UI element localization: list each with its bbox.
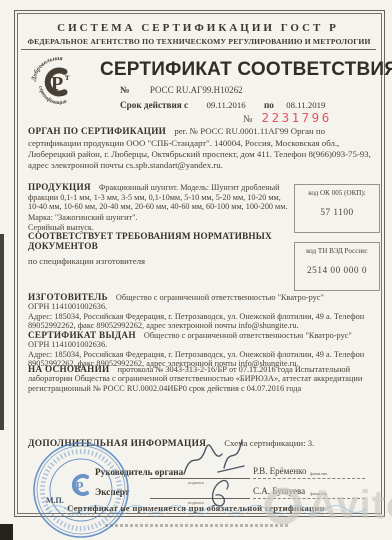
production-brand: Марка: "Зажогинский шунгит". — [28, 213, 292, 223]
header-divider — [21, 49, 376, 50]
section-conformance: СООТВЕТСТВУЕТ ТРЕБОВАНИЯМ НОРМАТИВНЫХ ДО… — [28, 231, 292, 266]
organ-label: ОРГАН ПО СЕРТИФИКАЦИИ — [28, 126, 166, 136]
okp-code-label: код ОК 005 (ОКП): — [295, 189, 379, 197]
svg-text:т: т — [65, 72, 70, 82]
certificate-title: СЕРТИФИКАТ СООТВЕТСТВИЯ — [100, 59, 392, 81]
issued-name: Общество с ограниченной ответственностью… — [144, 331, 352, 340]
section-production: ПРОДУКЦИЯ Фракционный шунгит. Модель: Шу… — [28, 182, 292, 233]
scan-artifact — [0, 524, 13, 540]
validity-label: Срок действия с — [120, 100, 188, 110]
avito-circle-icon — [260, 482, 306, 528]
scan-artifact — [0, 234, 4, 430]
certificate-scan: СИСТЕМА СЕРТИФИКАЦИИ ГОСТ Р ФЕДЕРАЛЬНОЕ … — [0, 0, 392, 540]
manufacturer-name: Общество с ограниченной ответственностью… — [116, 293, 324, 302]
system-header: СИСТЕМА СЕРТИФИКАЦИИ ГОСТ Р — [20, 22, 376, 34]
number-label: № — [120, 86, 130, 96]
okp-code-value: 57 1100 — [295, 208, 379, 218]
stamp-place-label: М.П. — [46, 496, 64, 505]
svg-text:Р: Р — [51, 73, 63, 95]
certificate-number: РОСС RU.АГ99.Н10262 — [150, 85, 243, 95]
issued-ogrn: ОГРН 1141001002636. — [28, 340, 378, 349]
conformance-label: СООТВЕТСТВУЕТ ТРЕБОВАНИЯМ НОРМАТИВНЫХ ДО… — [28, 231, 292, 251]
certification-stamp-icon: Р — [28, 440, 134, 540]
avito-watermark-text: Avito — [308, 483, 392, 528]
section-basis: НА ОСНОВАНИИ протокола № 3043-313-2-16/Б… — [28, 364, 378, 393]
blank-number-value: 2231796 — [262, 110, 332, 125]
basis-label: НА ОСНОВАНИИ — [28, 364, 110, 374]
manufacturer-label: ИЗГОТОВИТЕЛЬ — [28, 292, 108, 302]
tnved-code-label: код ТН ВЭД России: — [295, 247, 379, 255]
blank-number-label: № — [243, 114, 253, 125]
head-name-line — [253, 477, 365, 479]
manufacturer-address: Адрес: 185034, Российская Федерация, г. … — [28, 312, 378, 331]
name-caption: фамилия — [310, 471, 327, 476]
tnved-code-box: код ТН ВЭД России: 2514 00 000 0 — [294, 242, 380, 291]
rst-certification-logo-icon: Добровольная сертификация Р т — [29, 54, 89, 115]
blank-number-row: № 2231796 — [243, 109, 332, 127]
tnved-code-value: 2514 00 000 0 — [295, 266, 379, 276]
issued-label: СЕРТИФИКАТ ВЫДАН — [28, 330, 136, 340]
svg-text:Р: Р — [75, 480, 84, 495]
manufacturer-ogrn: ОГРН 1141001002636. — [28, 302, 378, 311]
conformance-text: по спецификации изготовителя — [28, 256, 292, 266]
production-label: ПРОДУКЦИЯ — [28, 182, 91, 192]
date-from: 09.11.2016 — [206, 100, 245, 110]
section-certification-body: ОРГАН ПО СЕРТИФИКАЦИИ рег. № РОСС RU.000… — [28, 126, 376, 171]
section-manufacturer: ИЗГОТОВИТЕЛЬ Общество с ограниченной отв… — [28, 292, 378, 331]
avito-watermark: Avito — [260, 482, 392, 528]
head-name: Р.В. Ерёменко — [253, 466, 307, 476]
certificate-number-row: № РОСС RU.АГ99.Н10262 — [120, 85, 243, 96]
agency-header: ФЕДЕРАЛЬНОЕ АГЕНТСТВО ПО ТЕХНИЧЕСКОМУ РЕ… — [18, 37, 380, 46]
okp-code-box: код ОК 005 (ОКП): 57 1100 — [294, 184, 380, 233]
